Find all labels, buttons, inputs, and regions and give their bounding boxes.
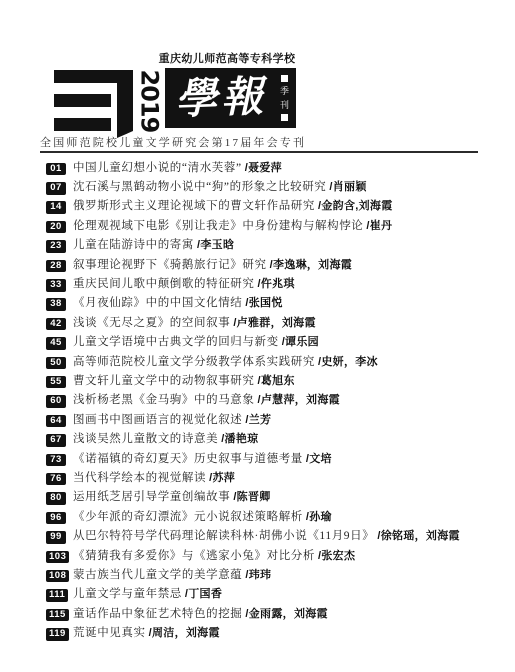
article-authors: /肖丽颖: [329, 178, 366, 194]
badge-wrap: 115: [46, 604, 73, 622]
toc-list: 01 中国儿童幻想小说的“清水芙蓉” /聂爱萍 07 沈石溪与黑鹤动物小说中“狗…: [46, 157, 509, 642]
journal-title-calligraphy: 學報: [168, 69, 274, 126]
toc-entry: 96 《少年派的奇幻漂流》元小说叙述策略解析 /孙瑜: [46, 506, 509, 525]
article-authors: /徐铭瑶，刘海霞: [377, 527, 459, 543]
article-title: 《少年派的奇幻漂流》元小说叙述策略解析: [73, 508, 303, 524]
quarterly-char: 刊: [280, 100, 289, 110]
badge-wrap: 33: [46, 274, 73, 292]
article-authors: /金雨露，刘海霞: [245, 605, 327, 621]
article-authors: /潘艳琼: [221, 430, 258, 446]
article-title: 荒诞中见真实: [73, 624, 146, 640]
article-title: 《诺福镇的奇幻夏天》历史叙事与道德考量: [73, 450, 303, 466]
badge-wrap: 42: [46, 313, 73, 331]
badge-wrap: 07: [46, 177, 73, 195]
article-authors: /张国悦: [245, 294, 282, 310]
page-number-badge: 119: [46, 628, 69, 641]
page-number-badge: 38: [46, 298, 66, 311]
badge-wrap: 108: [46, 565, 73, 583]
page-number-badge: 73: [46, 454, 66, 467]
article-authors: /陈晋卿: [233, 488, 270, 504]
toc-entry: 99 从巴尔特符号学代码理论解读科林·胡佛小说《11月9日》 /徐铭瑶，刘海霞: [46, 525, 509, 544]
badge-wrap: 96: [46, 507, 73, 525]
toc-entry: 55 曹文轩儿童文学中的动物叙事研究 /葛旭东: [46, 370, 509, 389]
article-title: 沈石溪与黑鹤动物小说中“狗”的形象之比较研究: [73, 178, 326, 194]
badge-wrap: 45: [46, 332, 73, 350]
article-authors: /丁国香: [185, 585, 222, 601]
article-authors: /文培: [306, 450, 332, 466]
article-title: 儿童文学语境中古典文学的回归与新变: [73, 333, 279, 349]
page-number-badge: 76: [46, 473, 66, 486]
article-authors: /玮玮: [245, 566, 271, 582]
badge-wrap: 01: [46, 158, 73, 176]
page-number-badge: 64: [46, 415, 66, 428]
article-authors: /葛旭东: [258, 372, 295, 388]
article-authors: /谭乐园: [282, 333, 319, 349]
article-title: 高等师范院校儿童文学分级教学体系实践研究: [73, 353, 315, 369]
article-title: 伦理观视域下电影《别让我走》中身份建构与解构悖论: [73, 217, 363, 233]
journal-logo-mark: [54, 70, 133, 138]
page-number-badge: 23: [46, 240, 66, 253]
page-number-badge: 07: [46, 182, 66, 195]
article-title: 儿童在陆游诗中的寄寓: [73, 236, 194, 252]
badge-wrap: 50: [46, 352, 73, 370]
toc-entry: 73 《诺福镇的奇幻夏天》历史叙事与道德考量 /文培: [46, 448, 509, 467]
toc-entry: 01 中国儿童幻想小说的“清水芙蓉” /聂爱萍: [46, 157, 509, 176]
badge-wrap: 14: [46, 196, 73, 214]
article-authors: /崔丹: [366, 217, 392, 233]
toc-entry: 60 浅析杨老黑《金马驹》中的马意象 /卢慧萍，刘海霞: [46, 390, 509, 409]
badge-wrap: 60: [46, 390, 73, 408]
year-label: 2019: [134, 69, 163, 130]
article-title: 曹文轩儿童文学中的动物叙事研究: [73, 372, 255, 388]
journal-toc-page: 2019 重庆幼儿师范高等专科学校 學報 季 刊 全国师范院校儿童文学研究会第1…: [0, 0, 515, 672]
article-authors: /卢雅群，刘海霞: [233, 314, 315, 330]
quarterly-char: 季: [280, 86, 289, 96]
page-number-badge: 45: [46, 337, 66, 350]
article-authors: /聂爱萍: [245, 159, 282, 175]
toc-entry: 33 重庆民间儿歌中颠倒歌的特征研究 /仵兆琪: [46, 273, 509, 292]
article-authors: /苏萍: [209, 469, 235, 485]
badge-wrap: 55: [46, 371, 73, 389]
toc-entry: 45 儿童文学语境中古典文学的回归与新变 /谭乐园: [46, 332, 509, 351]
school-name: 重庆幼儿师范高等专科学校: [156, 53, 298, 66]
badge-wrap: 111: [46, 584, 73, 602]
article-authors: /张宏杰: [318, 547, 355, 563]
page-number-badge: 108: [46, 570, 69, 583]
page-number-badge: 111: [46, 589, 68, 602]
white-square-decor-bottom: [281, 114, 288, 121]
toc-entry: 111 儿童文学与童年禁忌 /丁国香: [46, 584, 509, 603]
toc-entry: 14 俄罗斯形式主义理论视域下的曹文轩作品研究 /金韵含,刘海霞: [46, 196, 509, 215]
toc-entry: 64 图画书中图画语言的视觉化叙述 /兰芳: [46, 409, 509, 428]
toc-entry: 103 《猜猜我有多爱你》与《逃家小兔》对比分析 /张宏杰: [46, 545, 509, 564]
badge-wrap: 103: [46, 546, 73, 564]
page-number-badge: 42: [46, 318, 66, 331]
toc-entry: 28 叙事理论视野下《骑鹅旅行记》研究 /李逸琳，刘海霞: [46, 254, 509, 273]
article-title: 俄罗斯形式主义理论视域下的曹文轩作品研究: [73, 197, 315, 213]
badge-wrap: 80: [46, 487, 73, 505]
white-square-decor-top: [281, 75, 288, 82]
page-number-badge: 33: [46, 279, 66, 292]
badge-wrap: 76: [46, 468, 73, 486]
badge-wrap: 38: [46, 293, 73, 311]
article-authors: /金韵含,刘海霞: [318, 197, 393, 213]
article-title: 叙事理论视野下《骑鹅旅行记》研究: [73, 256, 267, 272]
toc-entry: 50 高等师范院校儿童文学分级教学体系实践研究 /史妍，李冰: [46, 351, 509, 370]
page-number-badge: 99: [46, 531, 66, 544]
article-authors: /孙瑜: [306, 508, 332, 524]
article-authors: /周洁，刘海霞: [149, 624, 220, 640]
badge-wrap: 20: [46, 216, 73, 234]
toc-entry: 38 《月夜仙踪》中的中国文化情结 /张国悦: [46, 293, 509, 312]
page-number-badge: 14: [46, 201, 66, 214]
toc-entry: 23 儿童在陆游诗中的寄寓 /李玉晗: [46, 235, 509, 254]
badge-wrap: 73: [46, 449, 73, 467]
article-title: 当代科学绘本的视觉解读: [73, 469, 206, 485]
toc-entry: 119 荒诞中见真实 /周洁，刘海霞: [46, 622, 509, 641]
article-title: 从巴尔特符号学代码理论解读科林·胡佛小说《11月9日》: [73, 527, 374, 543]
page-number-badge: 115: [46, 609, 69, 622]
badge-wrap: 23: [46, 235, 73, 253]
article-authors: /兰芳: [245, 411, 271, 427]
toc-entry: 76 当代科学绘本的视觉解读 /苏萍: [46, 467, 509, 486]
journal-title-box: 學報 季 刊: [165, 68, 296, 128]
year-label-box: 2019: [134, 69, 163, 130]
badge-wrap: 28: [46, 255, 73, 273]
article-authors: /仵兆琪: [258, 275, 295, 291]
badge-wrap: 99: [46, 526, 73, 544]
toc-entry: 07 沈石溪与黑鹤动物小说中“狗”的形象之比较研究 /肖丽颖: [46, 176, 509, 195]
article-title: 《月夜仙踪》中的中国文化情结: [73, 294, 242, 310]
badge-wrap: 119: [46, 623, 73, 641]
article-authors: /李逸琳，刘海霞: [270, 256, 352, 272]
article-title: 运用纸芝居引导学童创编故事: [73, 488, 230, 504]
toc-entry: 108 蒙古族当代儿童文学的美学意蕴 /玮玮: [46, 564, 509, 583]
conference-subtitle: 全国师范院校儿童文学研究会第17届年会专刊: [40, 136, 306, 150]
page-number-badge: 60: [46, 395, 66, 408]
article-authors: /卢慧萍，刘海霞: [258, 391, 340, 407]
toc-entry: 115 童话作品中象征艺术特色的挖掘 /金雨露，刘海霞: [46, 603, 509, 622]
article-title: 童话作品中象征艺术特色的挖掘: [73, 605, 242, 621]
page-number-badge: 28: [46, 260, 66, 273]
page-number-badge: 80: [46, 492, 66, 505]
article-title: 浅谈《无尽之夏》的空间叙事: [73, 314, 230, 330]
toc-entry: 80 运用纸芝居引导学童创编故事 /陈晋卿: [46, 487, 509, 506]
quarterly-block: 季 刊: [278, 75, 291, 121]
page-number-badge: 01: [46, 163, 66, 176]
article-title: 重庆民间儿歌中颠倒歌的特征研究: [73, 275, 255, 291]
badge-wrap: 67: [46, 429, 73, 447]
page-number-badge: 103: [46, 551, 69, 564]
page-number-badge: 55: [46, 376, 66, 389]
page-number-badge: 96: [46, 512, 66, 525]
article-title: 中国儿童幻想小说的“清水芙蓉”: [73, 159, 242, 175]
toc-entry: 42 浅谈《无尽之夏》的空间叙事 /卢雅群，刘海霞: [46, 312, 509, 331]
page-number-badge: 50: [46, 357, 66, 370]
article-title: 蒙古族当代儿童文学的美学意蕴: [73, 566, 242, 582]
article-title: 浅析杨老黑《金马驹》中的马意象: [73, 391, 255, 407]
article-authors: /史妍，李冰: [318, 353, 378, 369]
badge-wrap: 64: [46, 410, 73, 428]
page-number-badge: 20: [46, 221, 66, 234]
toc-entry: 20 伦理观视域下电影《别让我走》中身份建构与解构悖论 /崔丹: [46, 215, 509, 234]
article-title: 图画书中图画语言的视觉化叙述: [73, 411, 242, 427]
article-title: 儿童文学与童年禁忌: [73, 585, 182, 601]
toc-entry: 67 浅谈吴然儿童散文的诗意美 /潘艳琼: [46, 428, 509, 447]
page-number-badge: 67: [46, 434, 66, 447]
divider-rule: [40, 151, 478, 153]
article-title: 《猜猜我有多爱你》与《逃家小兔》对比分析: [73, 547, 315, 563]
article-authors: /李玉晗: [197, 236, 234, 252]
article-title: 浅谈吴然儿童散文的诗意美: [73, 430, 218, 446]
